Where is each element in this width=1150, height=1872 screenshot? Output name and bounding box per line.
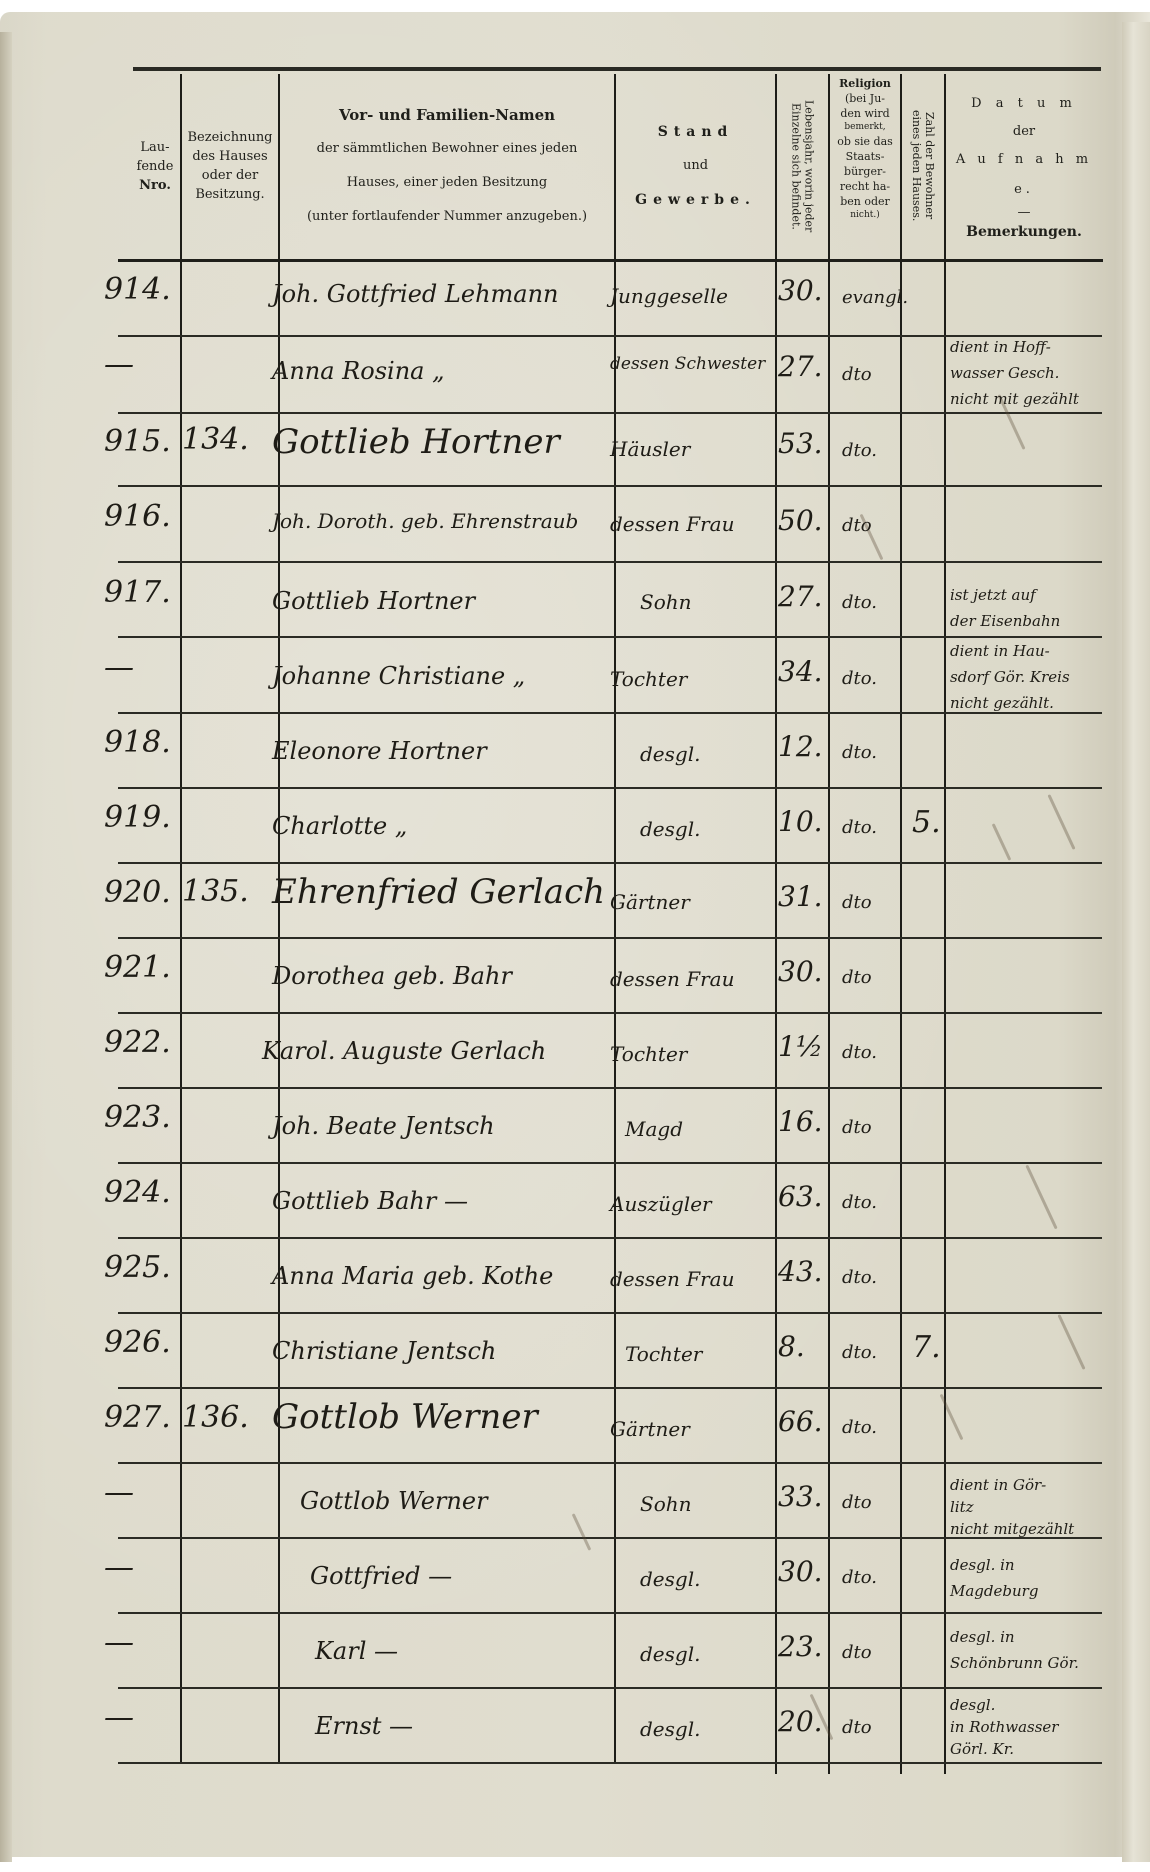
age: 66. — [778, 1405, 823, 1438]
religion: dto. — [842, 440, 877, 461]
header-age: Lebensjahr, worin jeder Einzelne sich be… — [777, 74, 828, 258]
ink-streak — [1047, 794, 1075, 850]
resident-name: Anna Maria geb. Kothe — [272, 1262, 553, 1290]
entry-number: 916. — [104, 499, 171, 534]
row-rule — [118, 1012, 1102, 1014]
resident-name: Ernst — — [315, 1712, 413, 1740]
header-text: ben oder — [840, 194, 890, 209]
occupation: Tochter — [610, 667, 687, 691]
page-edge — [1122, 22, 1150, 1862]
row-rule — [118, 1312, 1102, 1314]
entry-number: 917. — [104, 575, 171, 610]
age: 1½ — [778, 1030, 823, 1063]
resident-name: Gottlob Werner — [272, 1397, 538, 1437]
header-text: Hauses, einer jeden Besitzung — [347, 166, 547, 200]
header-house: Bezeichnung des Hauses oder der Besitzun… — [182, 74, 278, 258]
religion: dto — [842, 364, 872, 385]
register-page: Lau- fende Nro. Bezeichnung des Hauses o… — [0, 12, 1150, 1857]
age: 16. — [778, 1105, 823, 1138]
entry-number: 918. — [104, 725, 171, 760]
header-text: Religion — [839, 76, 891, 91]
entry-number: — — [104, 1700, 134, 1735]
age: 50. — [778, 504, 823, 537]
religion: dto — [842, 967, 872, 988]
age: 31. — [778, 880, 823, 913]
household-count: 7. — [912, 1330, 941, 1365]
religion: dto — [842, 1717, 872, 1738]
row-rule — [118, 1762, 1102, 1764]
header-text: Staats- — [846, 149, 885, 164]
remarks: desgl. in Magdeburg — [950, 1552, 1100, 1604]
entry-number: — — [104, 1625, 134, 1660]
occupation: Auszügler — [610, 1192, 712, 1216]
religion: dto — [842, 515, 872, 536]
age: 63. — [778, 1180, 823, 1213]
ink-streak — [1025, 1165, 1057, 1230]
religion: dto — [842, 1117, 872, 1138]
resident-name: Joh. Beate Jentsch — [272, 1112, 495, 1140]
age: 12. — [778, 730, 823, 763]
religion: dto. — [842, 668, 877, 689]
entry-number: 915. — [104, 424, 171, 459]
religion: dto. — [842, 1567, 877, 1588]
age: 8. — [778, 1330, 805, 1363]
remarks: desgl. in Rothwasser Görl. Kr. — [950, 1694, 1100, 1760]
entry-number: 922. — [104, 1025, 171, 1060]
religion: evangl. — [842, 287, 908, 308]
occupation: dessen Frau — [610, 967, 734, 991]
religion: dto. — [842, 1342, 877, 1363]
religion: dto — [842, 1642, 872, 1663]
remarks: ist jetzt auf der Eisenbahn — [950, 582, 1100, 634]
age: 30. — [778, 274, 823, 307]
resident-name: Gottlieb Hortner — [272, 422, 560, 462]
occupation: dessen Frau — [610, 1267, 734, 1291]
header-text: den wird — [840, 106, 889, 121]
resident-name: Johanne Christiane „ — [272, 662, 525, 690]
header-text: A u f n a h m e. — [946, 145, 1102, 205]
header-nr: Lau- fende Nro. — [130, 74, 180, 258]
house-number: 136. — [182, 1400, 249, 1435]
house-number: 135. — [182, 874, 249, 909]
resident-name: Joh. Gottfried Lehmann — [272, 280, 559, 308]
header-text: Gewerbe. — [635, 183, 756, 217]
remarks: dient in Gör- litz nicht mitgezählt — [950, 1474, 1100, 1540]
header-count: Zahl der Bewohner eines jeden Hauses. — [902, 74, 944, 258]
header-text: bürger- — [844, 164, 886, 179]
occupation: Gärtner — [610, 890, 690, 914]
header-text: D a t u m — [971, 89, 1077, 119]
header-text: recht ha- — [840, 179, 890, 194]
occupation: Magd — [625, 1117, 683, 1141]
religion: dto. — [842, 1192, 877, 1213]
row-rule — [118, 1237, 1102, 1239]
resident-name: Ehrenfried Gerlach — [272, 872, 605, 912]
occupation: Tochter — [610, 1042, 687, 1066]
ink-streak — [992, 823, 1012, 861]
age: 27. — [778, 350, 823, 383]
age: 20. — [778, 1705, 823, 1738]
header-text: fende — [137, 157, 174, 176]
resident-name: Karl — — [315, 1637, 398, 1665]
row-rule — [118, 1462, 1102, 1464]
age: 23. — [778, 1630, 823, 1663]
remarks: desgl. in Schönbrunn Gör. — [950, 1624, 1100, 1676]
header-text: bemerkt, — [844, 121, 885, 134]
row-rule — [118, 862, 1102, 864]
house-number: 134. — [182, 422, 249, 457]
entry-number: 921. — [104, 950, 171, 985]
column-rule — [775, 74, 777, 1774]
religion: dto. — [842, 742, 877, 763]
row-rule — [118, 485, 1102, 487]
header-text: der sämmtlichen Bewohner eines jeden — [317, 132, 578, 166]
resident-name: Gottfried — — [310, 1562, 452, 1590]
age: 33. — [778, 1480, 823, 1513]
header-text: der — [1013, 119, 1035, 145]
header-text: (unter fortlaufender Nummer anzugeben.) — [307, 200, 587, 234]
occupation: desgl. — [640, 1567, 700, 1591]
age: 53. — [778, 427, 823, 460]
occupation: Sohn — [640, 1492, 692, 1516]
header-text: Besitzung. — [195, 185, 264, 204]
age: 43. — [778, 1255, 823, 1288]
row-rule — [118, 787, 1102, 789]
header-text: oder der — [202, 166, 258, 185]
entry-number: — — [104, 650, 134, 685]
resident-name: Karol. Auguste Gerlach — [262, 1037, 546, 1065]
header-text: des Hauses — [192, 147, 267, 166]
remarks: dient in Hoff- wasser Gesch. nicht mit g… — [950, 334, 1100, 412]
age: 10. — [778, 805, 823, 838]
resident-name: Joh. Doroth. geb. Ehrenstraub — [272, 509, 578, 533]
age: 34. — [778, 655, 823, 688]
remarks: dient in Hau- sdorf Gör. Kreis nicht gez… — [950, 638, 1100, 716]
column-rule — [900, 74, 902, 1774]
occupation: Junggeselle — [610, 284, 728, 308]
religion: dto — [842, 892, 872, 913]
row-rule — [118, 1387, 1102, 1389]
occupation: desgl. — [640, 817, 700, 841]
entry-number: 914. — [104, 272, 171, 307]
header-text: (bei Ju- — [845, 91, 885, 106]
resident-name: Gottlob Werner — [300, 1487, 488, 1515]
entry-number: 923. — [104, 1100, 171, 1135]
resident-name: Dorothea geb. Bahr — [272, 962, 512, 990]
resident-name: Charlotte „ — [272, 812, 407, 840]
header-text: Bemerkungen. — [966, 221, 1082, 243]
resident-name: Gottlieb Hortner — [272, 587, 475, 615]
row-rule — [118, 937, 1102, 939]
resident-name: Christiane Jentsch — [272, 1337, 496, 1365]
occupation: desgl. — [640, 1717, 700, 1741]
entry-number: — — [104, 1550, 134, 1585]
occupation: desgl. — [640, 742, 700, 766]
row-rule — [118, 1162, 1102, 1164]
occupation: Sohn — [640, 590, 692, 614]
header-religion: Religion (bei Ju- den wird bemerkt, ob s… — [830, 74, 900, 260]
header-text: — — [1018, 205, 1031, 221]
header-remarks: D a t u m der A u f n a h m e. — Bemerku… — [946, 74, 1102, 258]
occupation: Häusler — [610, 437, 690, 461]
header-text: und — [683, 149, 708, 183]
header-text: Lebensjahr, worin jeder Einzelne sich be… — [790, 100, 816, 232]
header-text: Nro. — [139, 176, 171, 195]
header-text: ob sie das — [837, 134, 893, 149]
entry-number: 926. — [104, 1325, 171, 1360]
entry-number: 919. — [104, 800, 171, 835]
column-rule — [180, 74, 182, 1764]
column-rule — [828, 74, 830, 1774]
entry-number: 925. — [104, 1250, 171, 1285]
entry-number: — — [104, 1475, 134, 1510]
occupation: dessen Schwester — [610, 352, 770, 376]
religion: dto — [842, 1492, 872, 1513]
entry-number: 924. — [104, 1175, 171, 1210]
occupation: desgl. — [640, 1642, 700, 1666]
header-name: Vor- und Familien-Namen der sämmtlichen … — [280, 74, 614, 258]
ink-streak — [572, 1513, 592, 1551]
header-bottom-rule — [118, 259, 1103, 262]
occupation: dessen Frau — [610, 512, 734, 536]
occupation: Tochter — [625, 1342, 702, 1366]
resident-name: Gottlieb Bahr — — [272, 1187, 468, 1215]
header-stand: Stand und Gewerbe. — [616, 74, 775, 258]
religion: dto. — [842, 1042, 877, 1063]
ink-streak — [1057, 1314, 1085, 1370]
row-rule — [118, 1087, 1102, 1089]
row-rule — [118, 1687, 1102, 1689]
entry-number: — — [104, 347, 134, 382]
occupation: Gärtner — [610, 1417, 690, 1441]
column-rule — [278, 74, 280, 1764]
entry-number: 927. — [104, 1400, 171, 1435]
religion: dto. — [842, 1417, 877, 1438]
column-rule — [944, 74, 946, 1774]
header-text: nicht.) — [850, 209, 880, 222]
header-text: Lau- — [140, 138, 169, 157]
column-rule — [614, 74, 616, 1764]
header-text: Zahl der Bewohner eines jeden Hauses. — [910, 110, 936, 221]
header-text: Vor- und Familien-Namen — [339, 98, 555, 132]
header-text: Bezeichnung — [187, 128, 272, 147]
age: 27. — [778, 580, 823, 613]
row-rule — [118, 412, 1102, 414]
entry-number: 920. — [104, 875, 171, 910]
book-spine — [0, 32, 12, 1862]
header-text: Stand — [658, 115, 734, 149]
age: 30. — [778, 1555, 823, 1588]
row-rule — [118, 561, 1102, 563]
religion: dto. — [842, 1267, 877, 1288]
age: 30. — [778, 955, 823, 988]
religion: dto. — [842, 817, 877, 838]
household-count: 5. — [912, 805, 941, 840]
religion: dto. — [842, 592, 877, 613]
resident-name: Eleonore Hortner — [272, 737, 487, 765]
resident-name: Anna Rosina „ — [272, 357, 445, 385]
row-rule — [118, 1612, 1102, 1614]
header-top-rule — [133, 67, 1101, 71]
